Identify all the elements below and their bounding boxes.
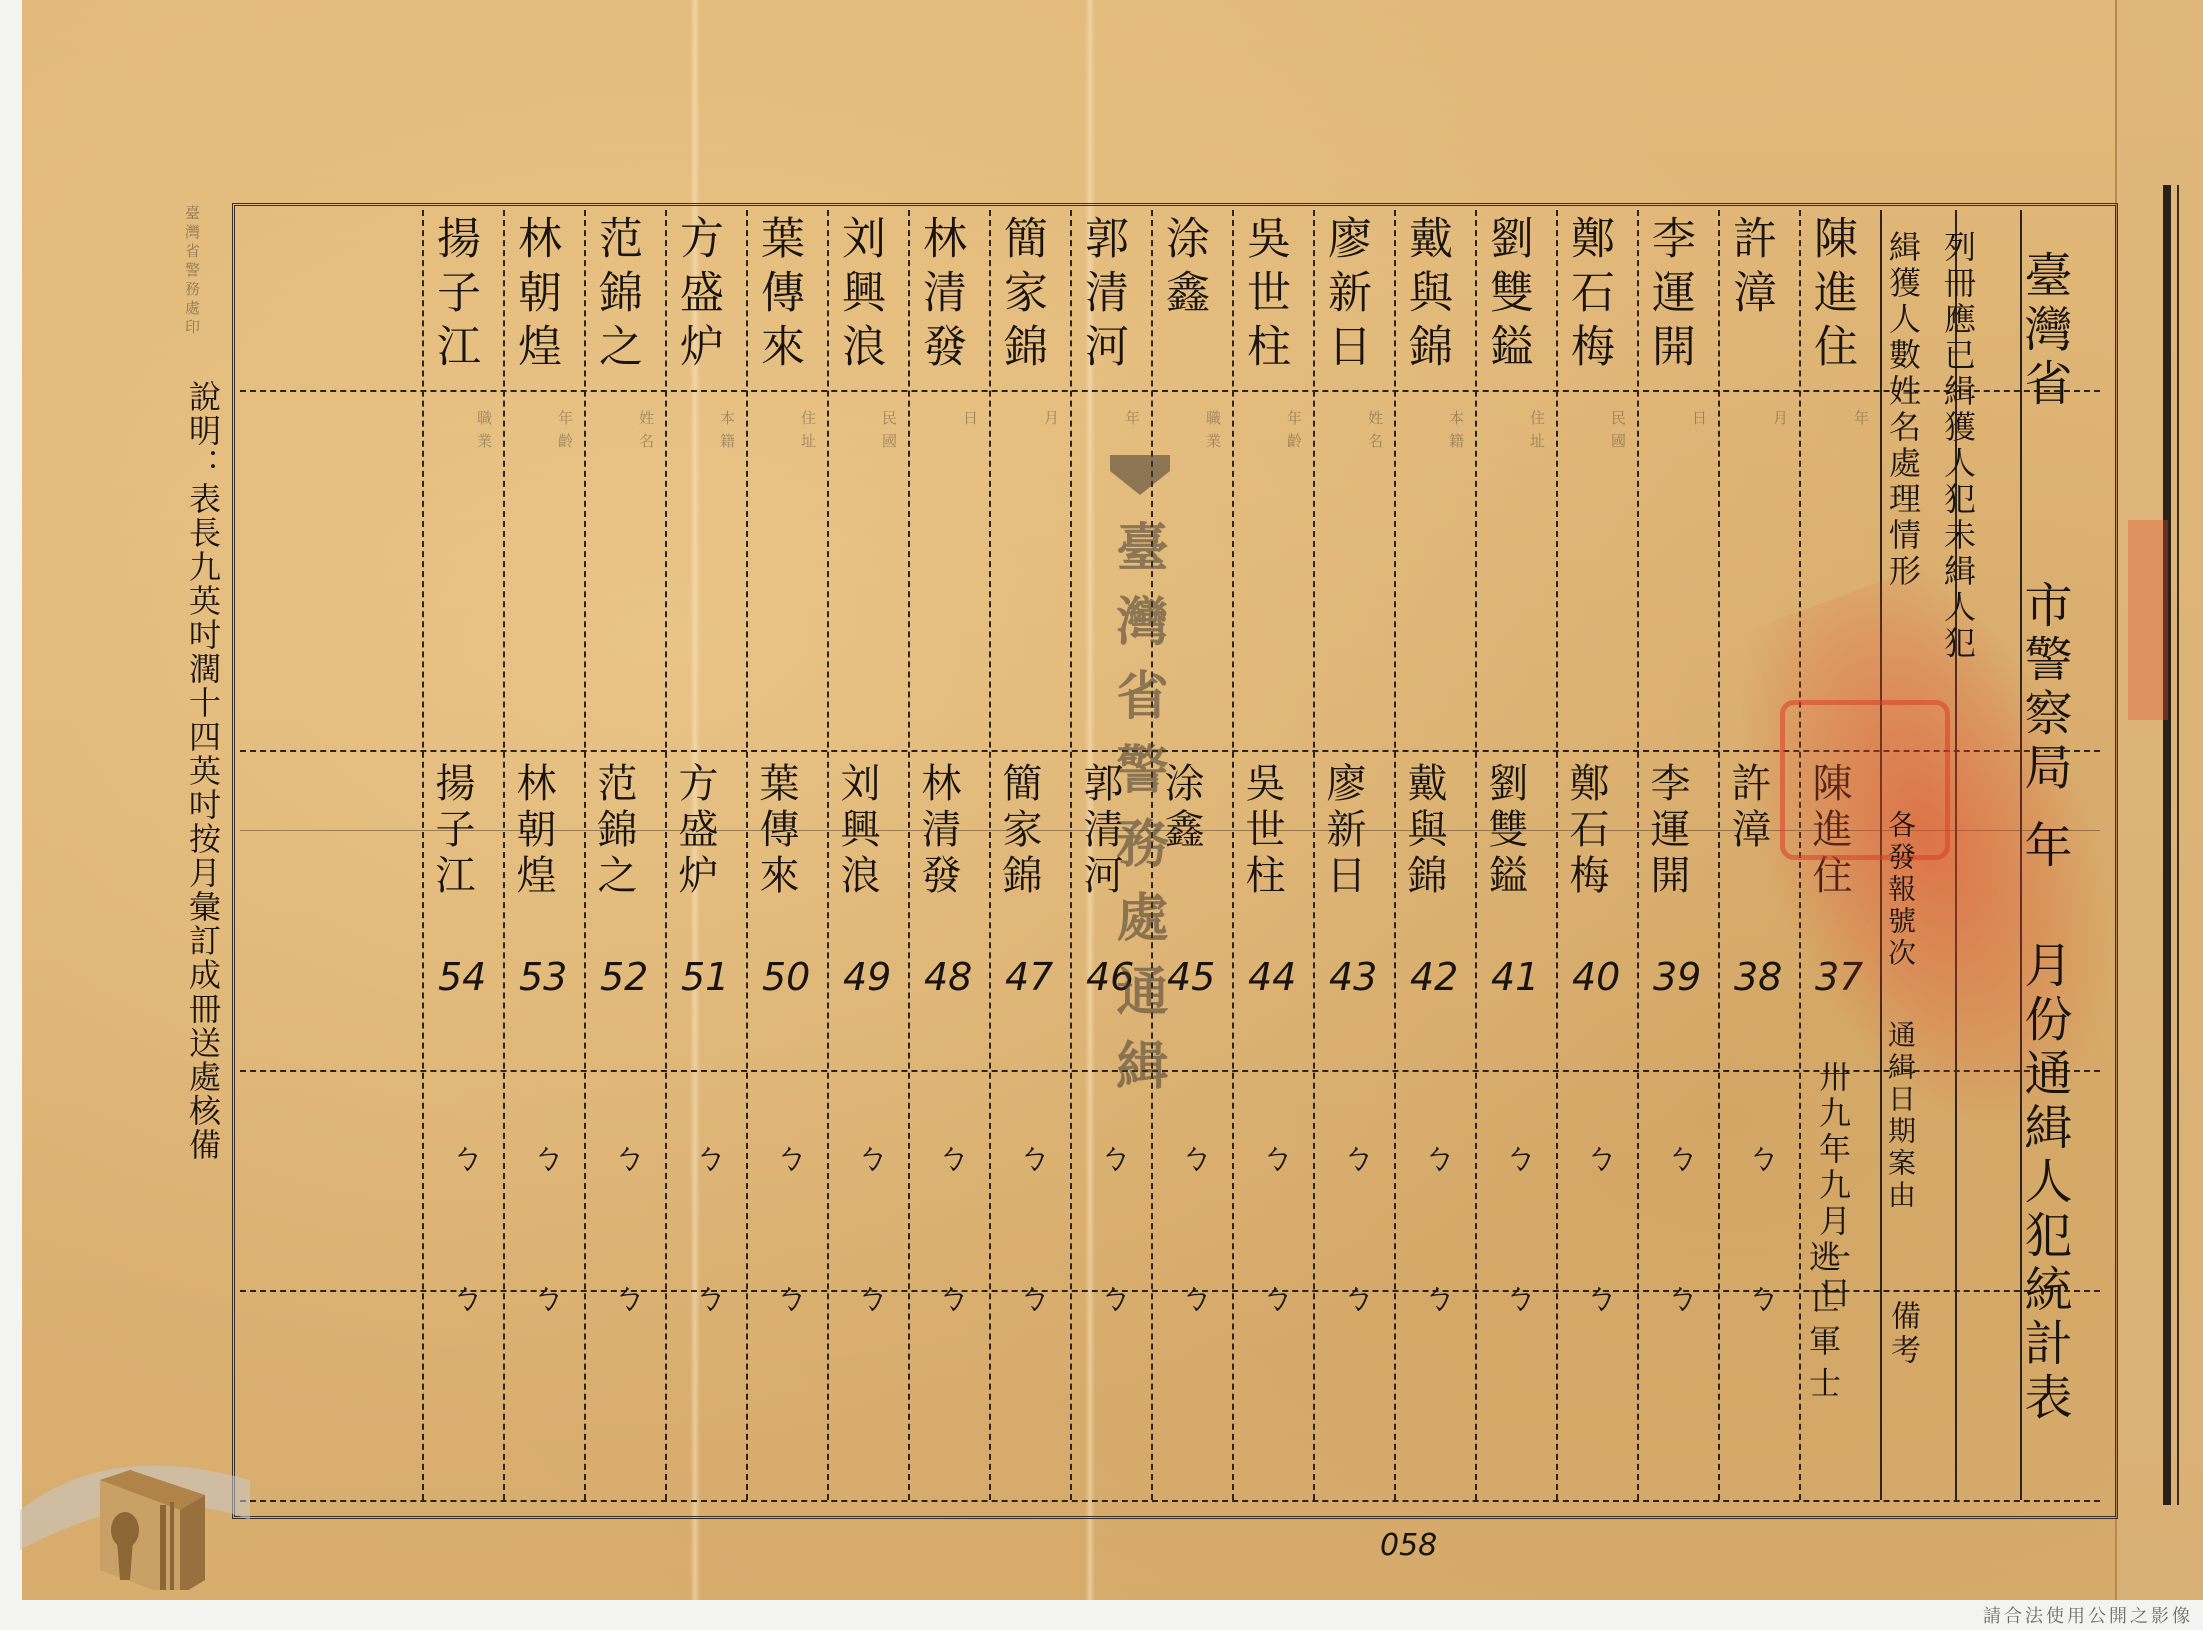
issue-number-header: 各發報號次 [1880, 810, 1920, 970]
seal-mark-edge [2128, 520, 2168, 720]
entry-number: 53 [519, 955, 567, 999]
entry-column-divider [1394, 210, 1396, 1500]
entry-name: 葉傳來 [756, 215, 800, 377]
table-row-divider [240, 1500, 2100, 1502]
entry-number: 52 [600, 955, 648, 999]
page-number: 058 [1380, 1528, 1437, 1563]
ditto-mark: ㄅ [936, 1130, 970, 1179]
entry-name-repeat: 林清發 [918, 762, 958, 900]
form-title-rest: 月份通緝人犯統計表 [2010, 940, 2079, 1426]
ditto-mark: ㄅ [1665, 1130, 1699, 1179]
printed-form-label: 民國 [1608, 410, 1629, 456]
ditto-mark: ㄅ [1341, 1270, 1375, 1319]
ditto-mark: ㄅ [936, 1270, 970, 1319]
printed-form-label: 職業 [474, 410, 495, 456]
ditto-mark: ㄅ [1422, 1130, 1456, 1179]
ditto-mark: ㄅ [1098, 1130, 1132, 1179]
ditto-mark: ㄅ [1746, 1270, 1780, 1319]
entry-number: 51 [681, 955, 729, 999]
entry-number: 40 [1572, 955, 1620, 999]
entry-number: 41 [1491, 955, 1539, 999]
entry-name-repeat: 揚子江 [432, 762, 472, 900]
ditto-mark: ㄅ [1260, 1130, 1294, 1179]
ditto-mark: ㄅ [1665, 1270, 1699, 1319]
entry-number: 47 [1005, 955, 1053, 999]
table-row-divider [240, 390, 2100, 392]
ditto-mark: ㄅ [612, 1130, 646, 1179]
printed-form-label: 月 [1770, 410, 1791, 433]
ditto-mark: ㄅ [1260, 1270, 1294, 1319]
archive-book-keyhole-icon [20, 1430, 250, 1590]
entry-name-repeat: 吳世柱 [1242, 762, 1282, 900]
form-title-bureau: 市警察局 [2010, 580, 2079, 796]
entry-number: 49 [843, 955, 891, 999]
ditto-mark: ㄅ [531, 1130, 565, 1179]
ditto-mark: ㄅ [774, 1270, 808, 1319]
entry-name: 許漳 [1728, 215, 1772, 323]
entry-name-repeat: 許漳 [1728, 762, 1768, 854]
entry-name: 李運開 [1647, 215, 1691, 377]
entry-column-divider [989, 210, 991, 1500]
form-title-year: 年 [2010, 820, 2079, 874]
printed-form-label: 月 [1041, 410, 1062, 433]
ditto-mark: ㄅ [1179, 1130, 1213, 1179]
printed-form-label: 住址 [1527, 410, 1548, 456]
entry-column-divider [1718, 210, 1720, 1500]
ditto-mark: ㄅ [450, 1270, 484, 1319]
entry-number: 50 [762, 955, 810, 999]
entry-number: 54 [438, 955, 486, 999]
entry-column-divider [1637, 210, 1639, 1500]
ditto-mark: ㄅ [1017, 1270, 1051, 1319]
entry-number: 48 [924, 955, 972, 999]
entry-column-divider [1556, 210, 1558, 1500]
entry-name-repeat: 鄭石梅 [1566, 762, 1606, 900]
printed-form-label: 職業 [1203, 410, 1224, 456]
entry-column-divider [827, 210, 829, 1500]
ditto-mark: ㄅ [1017, 1130, 1051, 1179]
entry-column-divider [584, 210, 586, 1500]
ditto-mark: ㄅ [693, 1270, 727, 1319]
entry-column-divider [422, 210, 424, 1500]
entry-number: 37 [1815, 955, 1863, 999]
entry-name: 陳進住 [1809, 215, 1853, 377]
printed-form-label: 住址 [798, 410, 819, 456]
entry-number: 42 [1410, 955, 1458, 999]
entry-name: 涂鑫 [1161, 215, 1205, 323]
ditto-mark: ㄅ [855, 1130, 889, 1179]
entry-name: 廖新日 [1323, 215, 1367, 377]
entry-name: 方盛炉 [675, 215, 719, 377]
wanted-reason: 逃亡軍士 [1800, 1240, 1846, 1408]
ditto-mark: ㄅ [855, 1270, 889, 1319]
printed-form-label: 本籍 [1446, 410, 1467, 456]
entry-name-repeat: 刘興浪 [837, 762, 877, 900]
entry-column-divider [908, 210, 910, 1500]
printed-form-label: 年齡 [1284, 410, 1305, 456]
entry-column-divider [1070, 210, 1072, 1500]
entry-column-divider [1232, 210, 1234, 1500]
form-title-province: 臺灣省 [2010, 250, 2079, 412]
remarks-header: 備考 [1880, 1300, 1924, 1368]
entry-name-repeat: 李運開 [1647, 762, 1687, 900]
entry-number: 38 [1734, 955, 1782, 999]
adjacent-sheet-edge [2115, 0, 2203, 1600]
ditto-mark: ㄅ [693, 1130, 727, 1179]
entry-number: 43 [1329, 955, 1377, 999]
entry-column-divider [1475, 210, 1477, 1500]
ditto-mark: ㄅ [531, 1270, 565, 1319]
entry-column-divider [665, 210, 667, 1500]
entry-name: 簡家錦 [999, 215, 1043, 377]
ditto-mark: ㄅ [1341, 1130, 1375, 1179]
ditto-mark: ㄅ [1584, 1130, 1618, 1179]
entry-name-repeat: 簡家錦 [999, 762, 1039, 900]
ditto-mark: ㄅ [774, 1130, 808, 1179]
entry-name-repeat: 廖新日 [1323, 762, 1363, 900]
printed-office-stamp: 臺灣省警務處印 [182, 205, 203, 338]
ditto-mark: ㄅ [450, 1130, 484, 1179]
ditto-mark: ㄅ [1422, 1270, 1456, 1319]
category-header: 列冊應已緝獲人犯未緝人犯 [1935, 230, 1981, 1230]
ditto-mark: ㄅ [612, 1270, 646, 1319]
ditto-mark: ㄅ [1179, 1270, 1213, 1319]
printed-form-label: 日 [960, 410, 981, 433]
entry-column-divider [1313, 210, 1315, 1500]
side-note: 說明：表長九英吋濶十四英吋按月彙訂成冊送處核備 [180, 380, 226, 1162]
printed-form-label: 年 [1851, 410, 1872, 433]
ditto-mark: ㄅ [1503, 1270, 1537, 1319]
center-printed-stamp: 臺灣省警務處通緝 [1100, 520, 1175, 1112]
entry-name: 林朝煌 [513, 215, 557, 377]
entry-name: 揚子江 [432, 215, 476, 377]
printed-form-label: 年 [1122, 410, 1143, 433]
printed-form-label: 民國 [879, 410, 900, 456]
printed-form-label: 本籍 [717, 410, 738, 456]
ditto-mark: ㄅ [1746, 1130, 1780, 1179]
entry-name-repeat: 葉傳來 [756, 762, 796, 900]
ditto-mark: ㄅ [1098, 1270, 1132, 1319]
usage-watermark: 請合法使用公開之影像 [1983, 1602, 2193, 1628]
entry-name: 戴與錦 [1404, 215, 1448, 377]
entry-number: 39 [1653, 955, 1701, 999]
printed-form-label: 姓名 [636, 410, 657, 456]
entry-column-divider [746, 210, 748, 1500]
wanted-date-header: 通緝日期案由 [1880, 1020, 1920, 1212]
ditto-mark: ㄅ [1584, 1270, 1618, 1319]
entry-number: 44 [1248, 955, 1296, 999]
entry-name: 吳世柱 [1242, 215, 1286, 377]
printed-form-label: 姓名 [1365, 410, 1386, 456]
entry-name-repeat: 林朝煌 [513, 762, 553, 900]
entry-column-divider [503, 210, 505, 1500]
entry-name-repeat: 戴與錦 [1404, 762, 1444, 900]
arrest-info-header: 緝獲人數姓名處理情形 [1880, 230, 1926, 750]
ditto-mark: ㄅ [1503, 1130, 1537, 1179]
entry-name: 郭清河 [1080, 215, 1124, 377]
entry-name: 刘興浪 [837, 215, 881, 377]
entry-name: 林清發 [918, 215, 962, 377]
printed-form-label: 年齡 [555, 410, 576, 456]
entry-name: 鄭石梅 [1566, 215, 1610, 377]
entry-name-repeat: 劉雙鎰 [1485, 762, 1525, 900]
entry-name: 劉雙鎰 [1485, 215, 1529, 377]
printed-form-label: 日 [1689, 410, 1710, 433]
entry-name: 范錦之 [594, 215, 638, 377]
entry-name-repeat: 范錦之 [594, 762, 634, 900]
entry-name-repeat: 方盛炉 [675, 762, 715, 900]
